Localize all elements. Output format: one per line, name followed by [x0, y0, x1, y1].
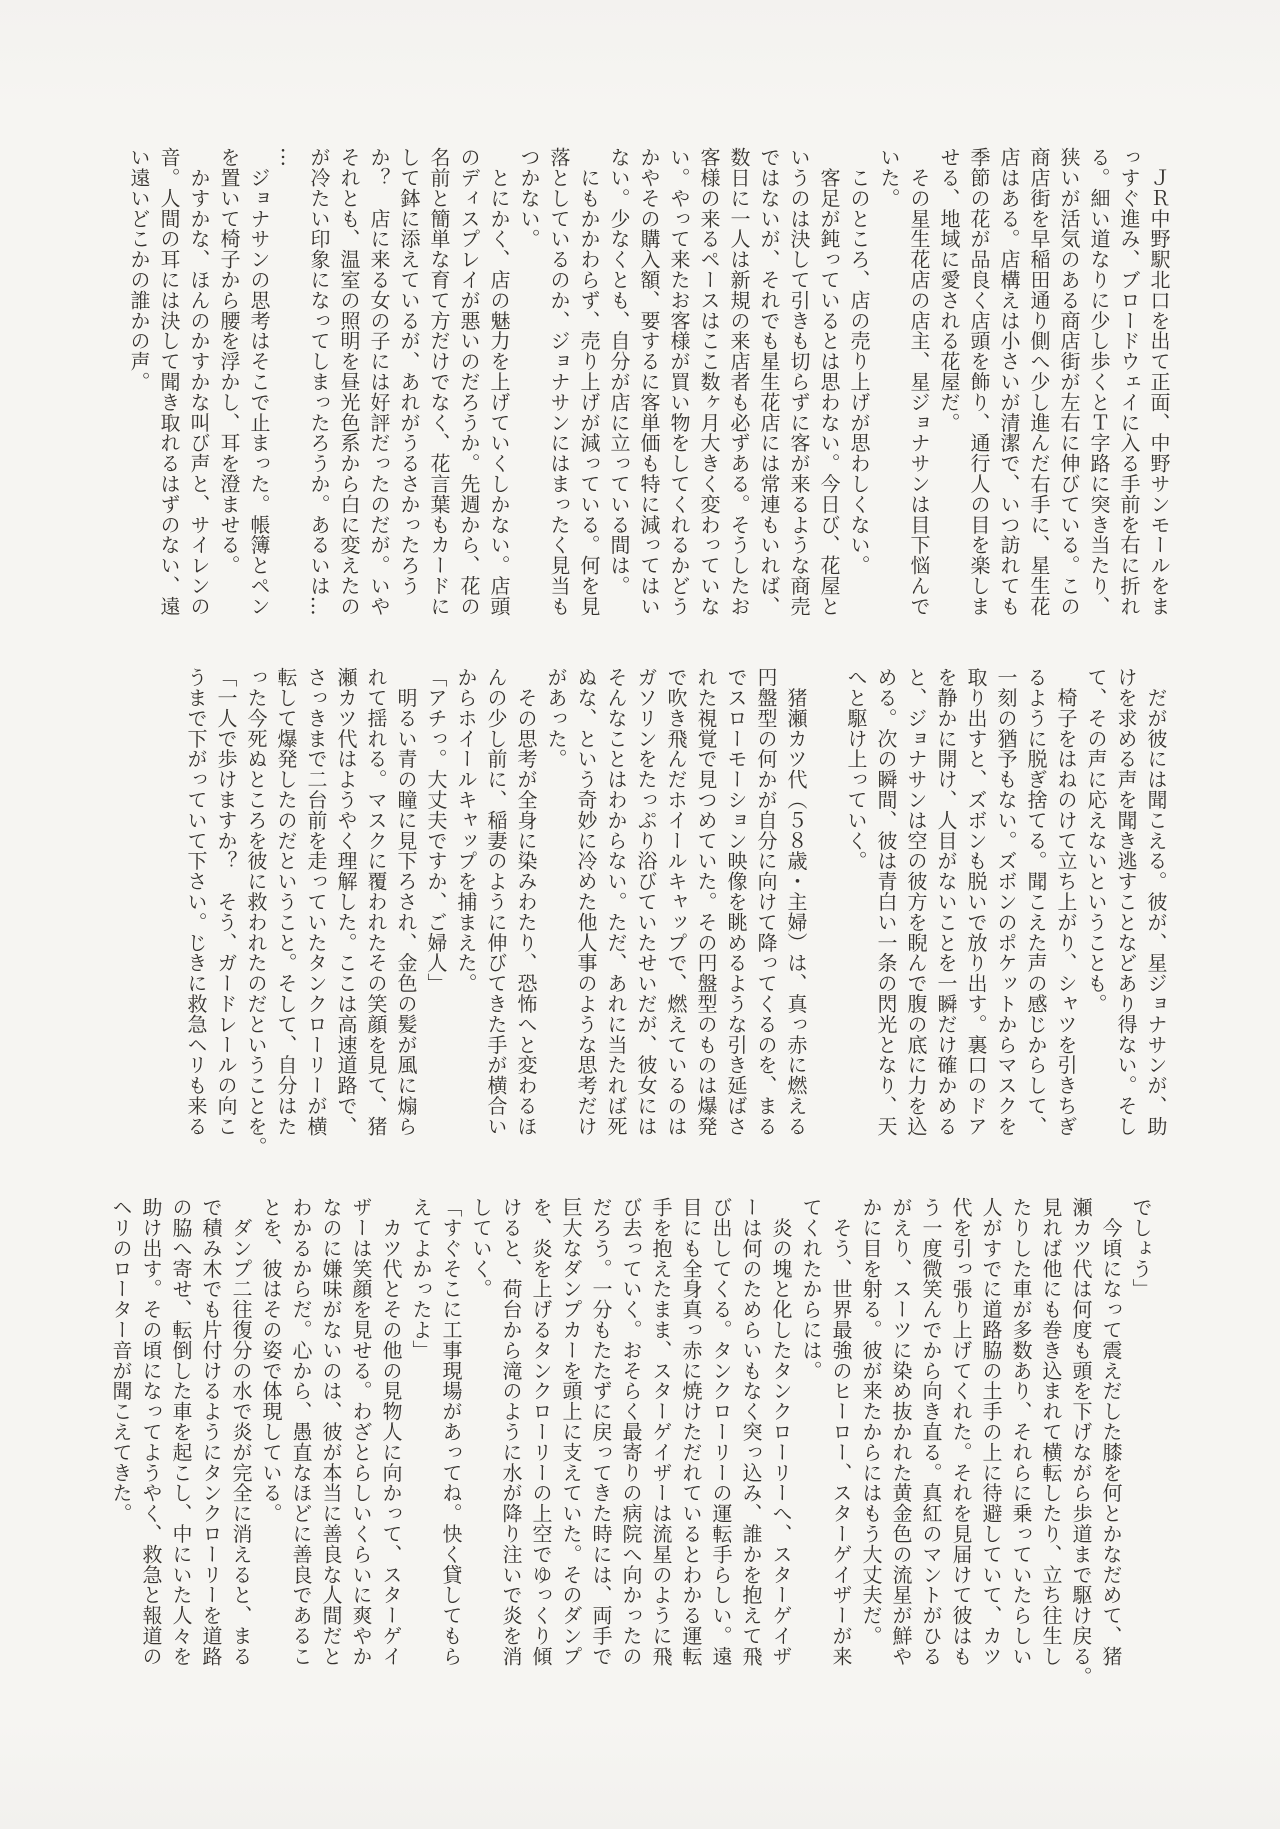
- text-band-top: ＪＲ中野駅北口を出て正面、中野サンモールをま っすぐ進み、ブロードウェイに入る手…: [124, 147, 1174, 639]
- scanned-book-page: ＪＲ中野駅北口を出て正面、中野サンモールをま っすぐ進み、ブロードウェイに入る手…: [0, 0, 1280, 1829]
- text-band-bottom: でしょう」 今頃になって震えだした膝を何とかなだめて、猪 瀬カツ代は何度も頭を下…: [106, 1197, 1156, 1689]
- text-band-middle: だが彼には聞こえる。彼が、星ジョナサンが、助 けを求める声を聞き逃すことなどあり…: [181, 667, 1171, 1159]
